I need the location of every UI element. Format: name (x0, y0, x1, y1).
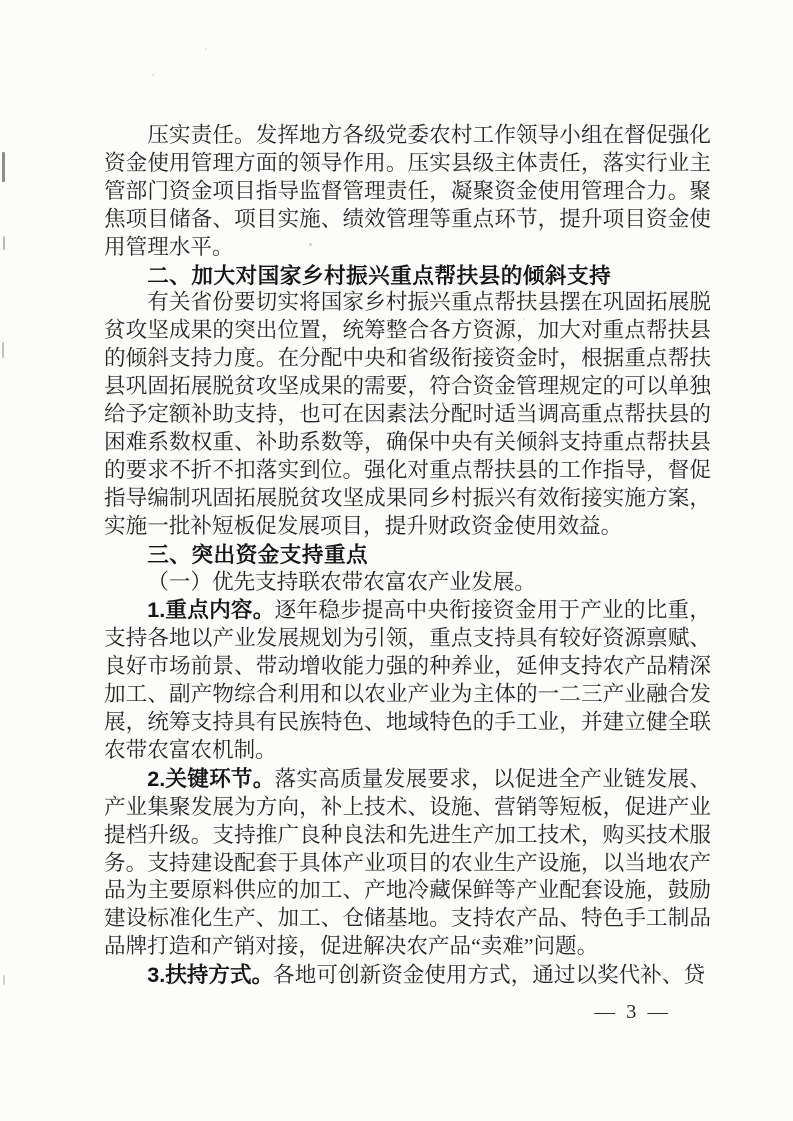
page-number: — 3 — (595, 1001, 672, 1024)
scan-artifact-edge (3, 236, 5, 250)
scan-artifact-edge (3, 975, 5, 985)
item-support-method-text: 各地可创新资金使用方式，通过以奖代补、贷 (273, 963, 705, 987)
item-key-content: 1.重点内容。逐年稳步提高中央衔接资金用于产业的比重，支持各地以产业发展规划为引… (104, 596, 711, 764)
item-key-links: 2.关键环节。落实高质量发展要求，以促进全产业链发展、产业集聚发展为方向，补上技… (104, 765, 711, 961)
paragraph-compact-responsibility: 压实责任。发挥地方各级党委农村工作领导小组在督促强化资金使用管理方面的领导作用。… (104, 122, 711, 262)
scan-artifact-edge (2, 342, 4, 358)
scan-artifact-speck (523, 318, 525, 320)
subsection-heading-industry: （一）优先支持联农带农富农产业发展。 (104, 569, 711, 597)
item-support-method: 3.扶持方式。各地可创新资金使用方式，通过以奖代补、贷 (104, 961, 711, 990)
section-heading-2: 二、加大对国家乡村振兴重点帮扶县的倾斜支持 (104, 262, 711, 290)
item-support-method-lead: 3.扶持方式。 (147, 962, 273, 987)
scan-artifact-speck (309, 243, 312, 246)
paragraph-key-county-support: 有关省份要切实将国家乡村振兴重点帮扶县摆在巩固拓展脱贫攻坚成果的突出位置，统筹整… (104, 289, 711, 540)
scan-artifact-edge (2, 152, 5, 182)
item-key-content-text: 逐年稳步提高中央衔接资金用于产业的比重，支持各地以产业发展规划为引领，重点支持具… (104, 598, 711, 762)
document-page: 压实责任。发挥地方各级党委农村工作领导小组在督促强化资金使用管理方面的领导作用。… (0, 0, 793, 1121)
scan-artifact-speck (205, 48, 207, 50)
item-key-links-lead: 2.关键环节。 (147, 766, 274, 791)
item-key-links-text: 落实高质量发展要求，以促进全产业链发展、产业集聚发展为方向，补上技术、设施、营销… (104, 767, 711, 958)
scan-artifact-speck (152, 74, 154, 76)
item-key-content-lead: 1.重点内容。 (147, 597, 274, 622)
document-body: 压实责任。发挥地方各级党委农村工作领导小组在督促强化资金使用管理方面的领导作用。… (104, 122, 711, 990)
section-heading-3: 三、突出资金支持重点 (104, 541, 711, 569)
